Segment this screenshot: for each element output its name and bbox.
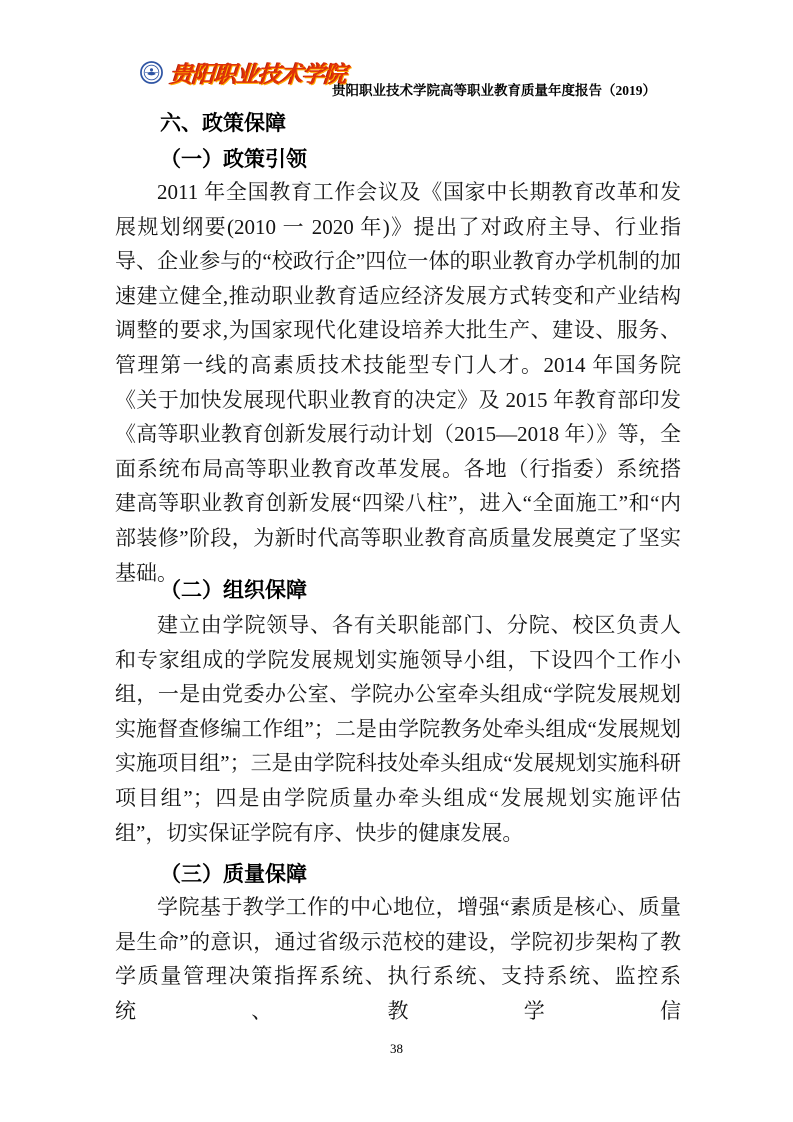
college-logo-text: 贵阳职业技术学院 [169,56,347,89]
paragraph-quality-guarantee: 学院基于教学工作的中心地位，增强“素质是核心、质量是生命”的意识，通过省级示范校… [115,890,681,1028]
paragraph-organizational-guarantee: 建立由学院领导、各有关职能部门、分院、校区负责人和专家组成的学院发展规划实施领导… [115,608,681,850]
document-page: 贵阳职业技术学院 贵阳职业技术学院高等职业教育质量年度报告（2019） 六、政策… [0,0,793,1122]
page-footer: 38 [0,1040,793,1058]
college-seal-icon [140,61,163,84]
section-heading-policy-guidance: （一）政策引领 [115,143,681,173]
section-heading-quality-guarantee: （三）质量保障 [115,858,681,888]
page-header: 贵阳职业技术学院 贵阳职业技术学院高等职业教育质量年度报告（2019） [0,0,793,104]
page-number: 38 [390,1041,403,1057]
college-logo: 贵阳职业技术学院 [140,56,346,89]
report-title: 贵阳职业技术学院高等职业教育质量年度报告（2019） [332,79,656,99]
chapter-title: 六、政策保障 [115,107,681,137]
section-heading-organizational-guarantee: （二）组织保障 [115,574,681,604]
paragraph-policy-guidance: 2011 年全国教育工作会议及《国家中长期教育改革和发展规划纲要(2010 一 … [115,175,681,590]
